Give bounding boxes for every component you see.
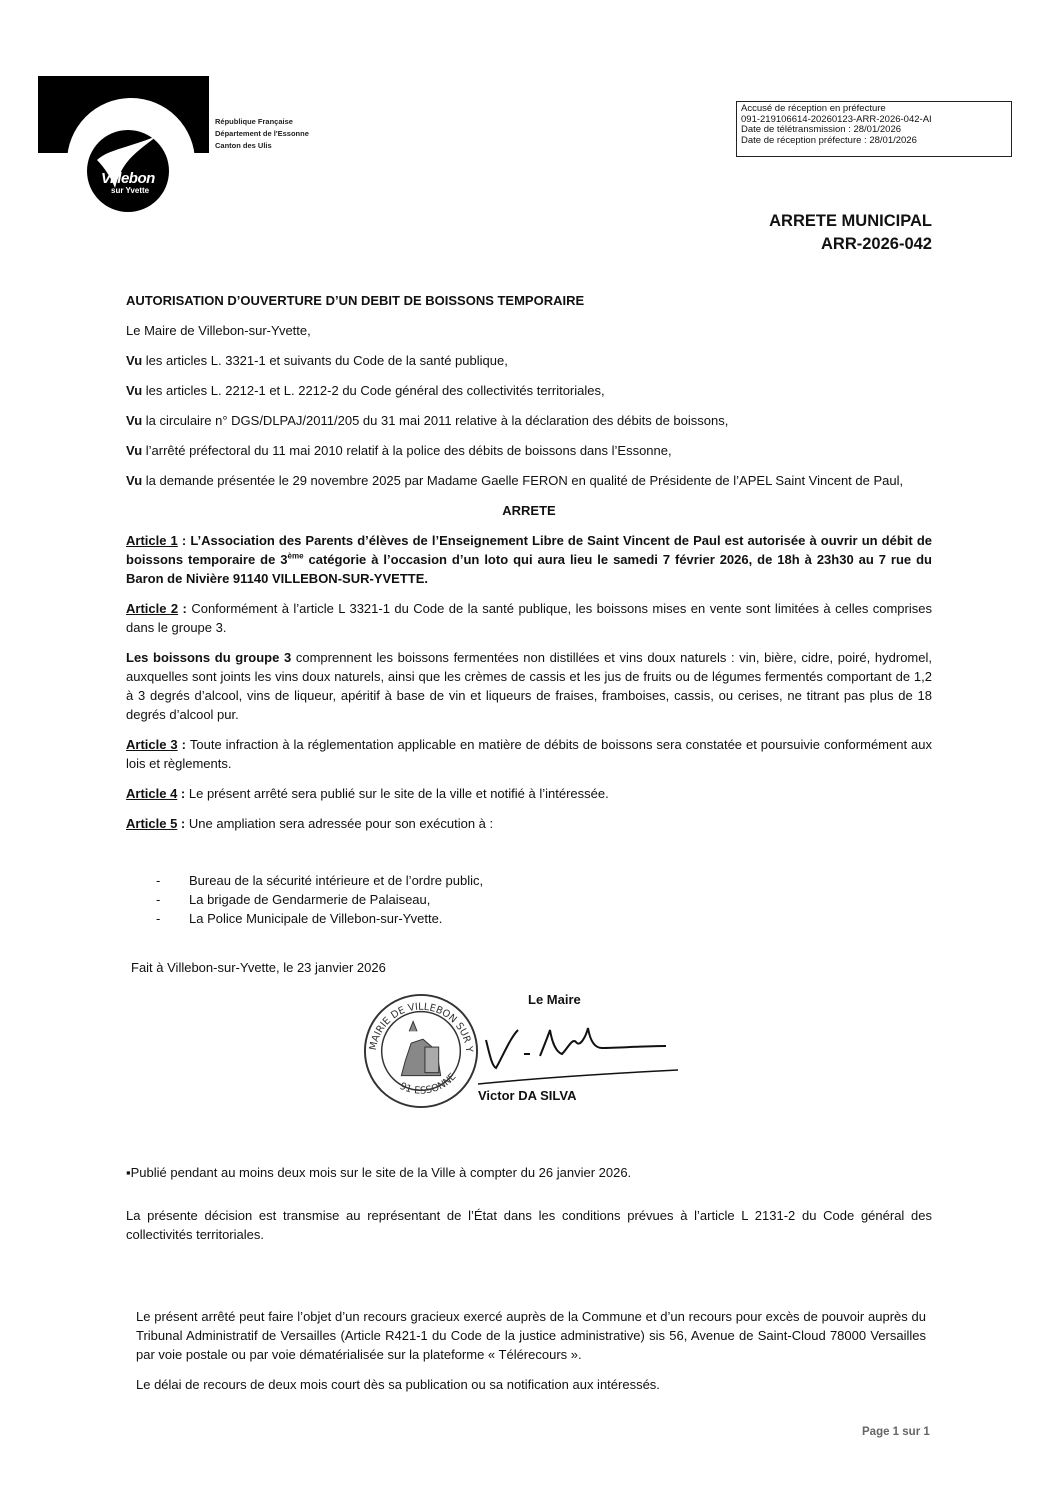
place-date: Fait à Villebon-sur-Yvette, le 23 janvie… bbox=[131, 960, 386, 975]
receipt-line: Date de télétransmission : 28/01/2026 bbox=[741, 125, 1007, 136]
consideration-3: Vu la circulaire n° DGS/DLPAJ/2011/205 d… bbox=[126, 411, 932, 430]
signer-role: Le Maire bbox=[528, 992, 581, 1007]
vu-label: Vu bbox=[126, 383, 142, 398]
recipient-text: La Police Municipale de Villebon-sur-Yve… bbox=[189, 909, 442, 928]
vu-label: Vu bbox=[126, 353, 142, 368]
recourse-text: Le présent arrêté peut faire l’objet d’u… bbox=[136, 1307, 926, 1364]
article-1: Article 1 : L’Association des Parents d’… bbox=[126, 531, 932, 588]
transmission-notice: La présente décision est transmise au re… bbox=[126, 1206, 932, 1244]
document-title: ARRETE MUNICIPAL ARR-2026-042 bbox=[769, 210, 932, 256]
page-number: Page 1 sur 1 bbox=[862, 1426, 930, 1438]
vu-label: Vu bbox=[126, 413, 142, 428]
groupe-3-label: Les boissons du groupe 3 bbox=[126, 650, 291, 665]
header-line: République Française bbox=[215, 116, 309, 128]
signer-name: Victor DA SILVA bbox=[478, 1088, 576, 1103]
consideration-2: Vu les articles L. 2212-1 et L. 2212-2 d… bbox=[126, 381, 932, 400]
administrative-header: République Française Département de l'Es… bbox=[215, 116, 309, 152]
separator: : bbox=[177, 786, 189, 801]
subject: AUTORISATION D’OUVERTURE D’UN DEBIT DE B… bbox=[126, 291, 932, 310]
article-label: Article 5 bbox=[126, 816, 177, 831]
header-line: Département de l'Essonne bbox=[215, 128, 309, 140]
vu-label: Vu bbox=[126, 473, 142, 488]
article-label: Article 4 bbox=[126, 786, 177, 801]
legal-recourse: Le présent arrêté peut faire l’objet d’u… bbox=[136, 1307, 926, 1394]
separator: : bbox=[178, 601, 191, 616]
header-line: Canton des Ulis bbox=[215, 140, 309, 152]
separator: : bbox=[178, 737, 190, 752]
publication-notice: ▪Publié pendant au moins deux mois sur l… bbox=[126, 1165, 631, 1180]
municipal-seal-icon: MAIRIE DE VILLEBON SUR YVETTE 91 ESSONNE bbox=[362, 992, 480, 1110]
arrete-heading: ARRETE bbox=[126, 501, 932, 520]
consideration-5: Vu la demande présentée le 29 novembre 2… bbox=[126, 471, 932, 490]
article-text: Toute infraction à la réglementation app… bbox=[126, 737, 932, 771]
intro: Le Maire de Villebon-sur-Yvette, bbox=[126, 321, 932, 340]
consideration-text: la demande présentée le 29 novembre 2025… bbox=[142, 473, 903, 488]
article-label: Article 1 bbox=[126, 533, 178, 548]
receipt-line: Date de réception préfecture : 28/01/202… bbox=[741, 136, 1007, 147]
title-reference: ARR-2026-042 bbox=[769, 233, 932, 256]
logo-subtitle: sur Yvette bbox=[111, 186, 149, 195]
recipient-item: -Bureau de la sécurité intérieure et de … bbox=[156, 871, 483, 890]
separator: : bbox=[178, 533, 191, 548]
transmission-text: La présente décision est transmise au re… bbox=[126, 1206, 932, 1244]
article-text: Conformément à l’article L 3321-1 du Cod… bbox=[126, 601, 932, 635]
article-text: Une ampliation sera adressée pour son ex… bbox=[189, 816, 493, 831]
separator: : bbox=[177, 816, 189, 831]
bullet: - bbox=[156, 909, 189, 928]
superscript: ème bbox=[288, 552, 304, 561]
consideration-text: l’arrêté préfectoral du 11 mai 2010 rela… bbox=[142, 443, 671, 458]
document-body: AUTORISATION D’OUVERTURE D’UN DEBIT DE B… bbox=[126, 291, 932, 844]
logo-name: Villebon bbox=[101, 170, 155, 187]
villebon-logo: Villebon sur Yvette bbox=[87, 130, 169, 212]
receipt-line: Accusé de réception en préfecture bbox=[741, 104, 1007, 115]
article-3: Article 3 : Toute infraction à la réglem… bbox=[126, 735, 932, 773]
recipient-list: -Bureau de la sécurité intérieure et de … bbox=[156, 871, 483, 928]
bullet: - bbox=[156, 871, 189, 890]
recipient-item: -La Police Municipale de Villebon-sur-Yv… bbox=[156, 909, 483, 928]
vu-label: Vu bbox=[126, 443, 142, 458]
article-5: Article 5 : Une ampliation sera adressée… bbox=[126, 814, 932, 833]
recipient-item: -La brigade de Gendarmerie de Palaiseau, bbox=[156, 890, 483, 909]
handwritten-signature bbox=[478, 1018, 678, 1088]
title-line-1: ARRETE MUNICIPAL bbox=[769, 210, 932, 233]
consideration-text: les articles L. 2212-1 et L. 2212-2 du C… bbox=[142, 383, 604, 398]
consideration-text: les articles L. 3321-1 et suivants du Co… bbox=[142, 353, 508, 368]
recourse-delay: Le délai de recours de deux mois court d… bbox=[136, 1375, 926, 1394]
prefecture-receipt-box: Accusé de réception en préfecture 091-21… bbox=[736, 101, 1012, 157]
groupe-3-definition: Les boissons du groupe 3 comprennent les… bbox=[126, 648, 932, 724]
article-4: Article 4 : Le présent arrêté sera publi… bbox=[126, 784, 932, 803]
recipient-text: La brigade de Gendarmerie de Palaiseau, bbox=[189, 890, 430, 909]
article-label: Article 2 bbox=[126, 601, 178, 616]
recipient-text: Bureau de la sécurité intérieure et de l… bbox=[189, 871, 483, 890]
consideration-4: Vu l’arrêté préfectoral du 11 mai 2010 r… bbox=[126, 441, 932, 460]
consideration-text: la circulaire n° DGS/DLPAJ/2011/205 du 3… bbox=[142, 413, 728, 428]
article-text: Le présent arrêté sera publié sur le sit… bbox=[189, 786, 609, 801]
article-2: Article 2 : Conformément à l’article L 3… bbox=[126, 599, 932, 637]
article-label: Article 3 bbox=[126, 737, 178, 752]
bullet: - bbox=[156, 890, 189, 909]
consideration-1: Vu les articles L. 3321-1 et suivants du… bbox=[126, 351, 932, 370]
